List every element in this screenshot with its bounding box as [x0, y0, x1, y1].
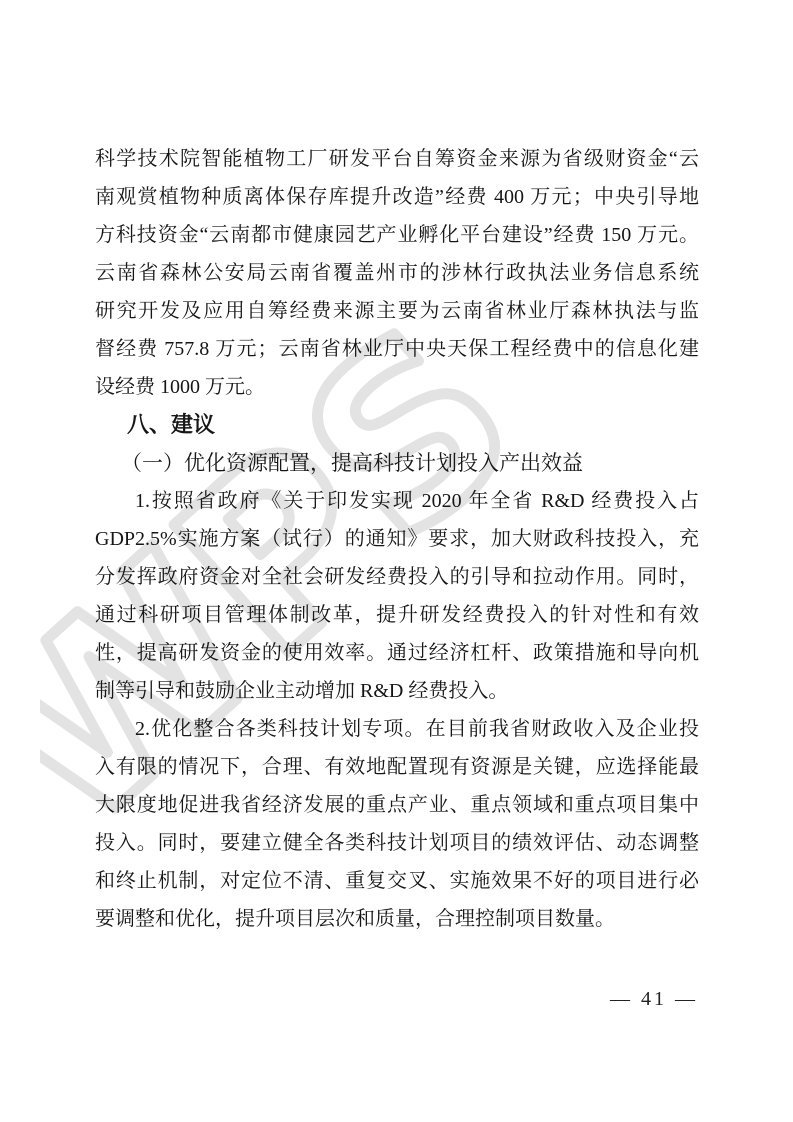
body-line: 云南省森林公安局云南省覆盖州市的涉林行政执法业务信息系统 — [95, 254, 699, 292]
body-line: 科学技术院智能植物工厂研发平台自筹资金来源为省级财资金“云 — [95, 140, 699, 178]
body-line: 2.优化整合各类科技计划专项。在目前我省财政收入及企业投 — [95, 710, 699, 748]
body-line: 南观赏植物种质离体保存库提升改造”经费 400 万元；中央引导地 — [95, 178, 699, 216]
body-line: GDP2.5%实施方案（试行）的通知》要求，加大财政科技投入，充 — [95, 520, 699, 558]
body-line: 大限度地促进我省经济发展的重点产业、重点领域和重点项目集中 — [95, 786, 699, 824]
body-line: 制等引导和鼓励企业主动增加 R&D 经费投入。 — [95, 672, 699, 710]
body-line: 入有限的情况下，合理、有效地配置现有资源是关键，应选择能最 — [95, 748, 699, 786]
body-line: 1.按照省政府《关于印发实现 2020 年全省 R&D 经费投入占 — [95, 482, 699, 520]
body-line: 分发挥政府资金对全社会研发经费投入的引导和拉动作用。同时， — [95, 558, 699, 596]
body-line: 设经费 1000 万元。 — [95, 368, 699, 406]
body-line: 研究开发及应用自筹经费来源主要为云南省林业厅森林执法与监 — [95, 292, 699, 330]
body-line: 通过科研项目管理体制改革，提升研发经费投入的针对性和有效 — [95, 596, 699, 634]
page-number: — 41 — — [610, 988, 698, 1011]
body-line: 方科技资金“云南都市健康园艺产业孵化平台建设”经费 150 万元。 — [95, 216, 699, 254]
body-line: 和终止机制，对定位不清、重复交叉、实施效果不好的项目进行必 — [95, 862, 699, 900]
section-heading: 八、建议 — [95, 406, 699, 444]
document-page: WPS 科学技术院智能植物工厂研发平台自筹资金来源为省级财资金“云 南观赏植物种… — [0, 0, 793, 1122]
document-body: 科学技术院智能植物工厂研发平台自筹资金来源为省级财资金“云 南观赏植物种质离体保… — [95, 140, 699, 938]
section-subheading: （一）优化资源配置，提高科技计划投入产出效益 — [95, 444, 699, 482]
body-line: 性，提高研发资金的使用效率。通过经济杠杆、政策措施和导向机 — [95, 634, 699, 672]
body-line: 督经费 757.8 万元；云南省林业厅中央天保工程经费中的信息化建 — [95, 330, 699, 368]
body-line: 要调整和优化，提升项目层次和质量，合理控制项目数量。 — [95, 900, 699, 938]
body-line: 投入。同时，要建立健全各类科技计划项目的绩效评估、动态调整 — [95, 824, 699, 862]
